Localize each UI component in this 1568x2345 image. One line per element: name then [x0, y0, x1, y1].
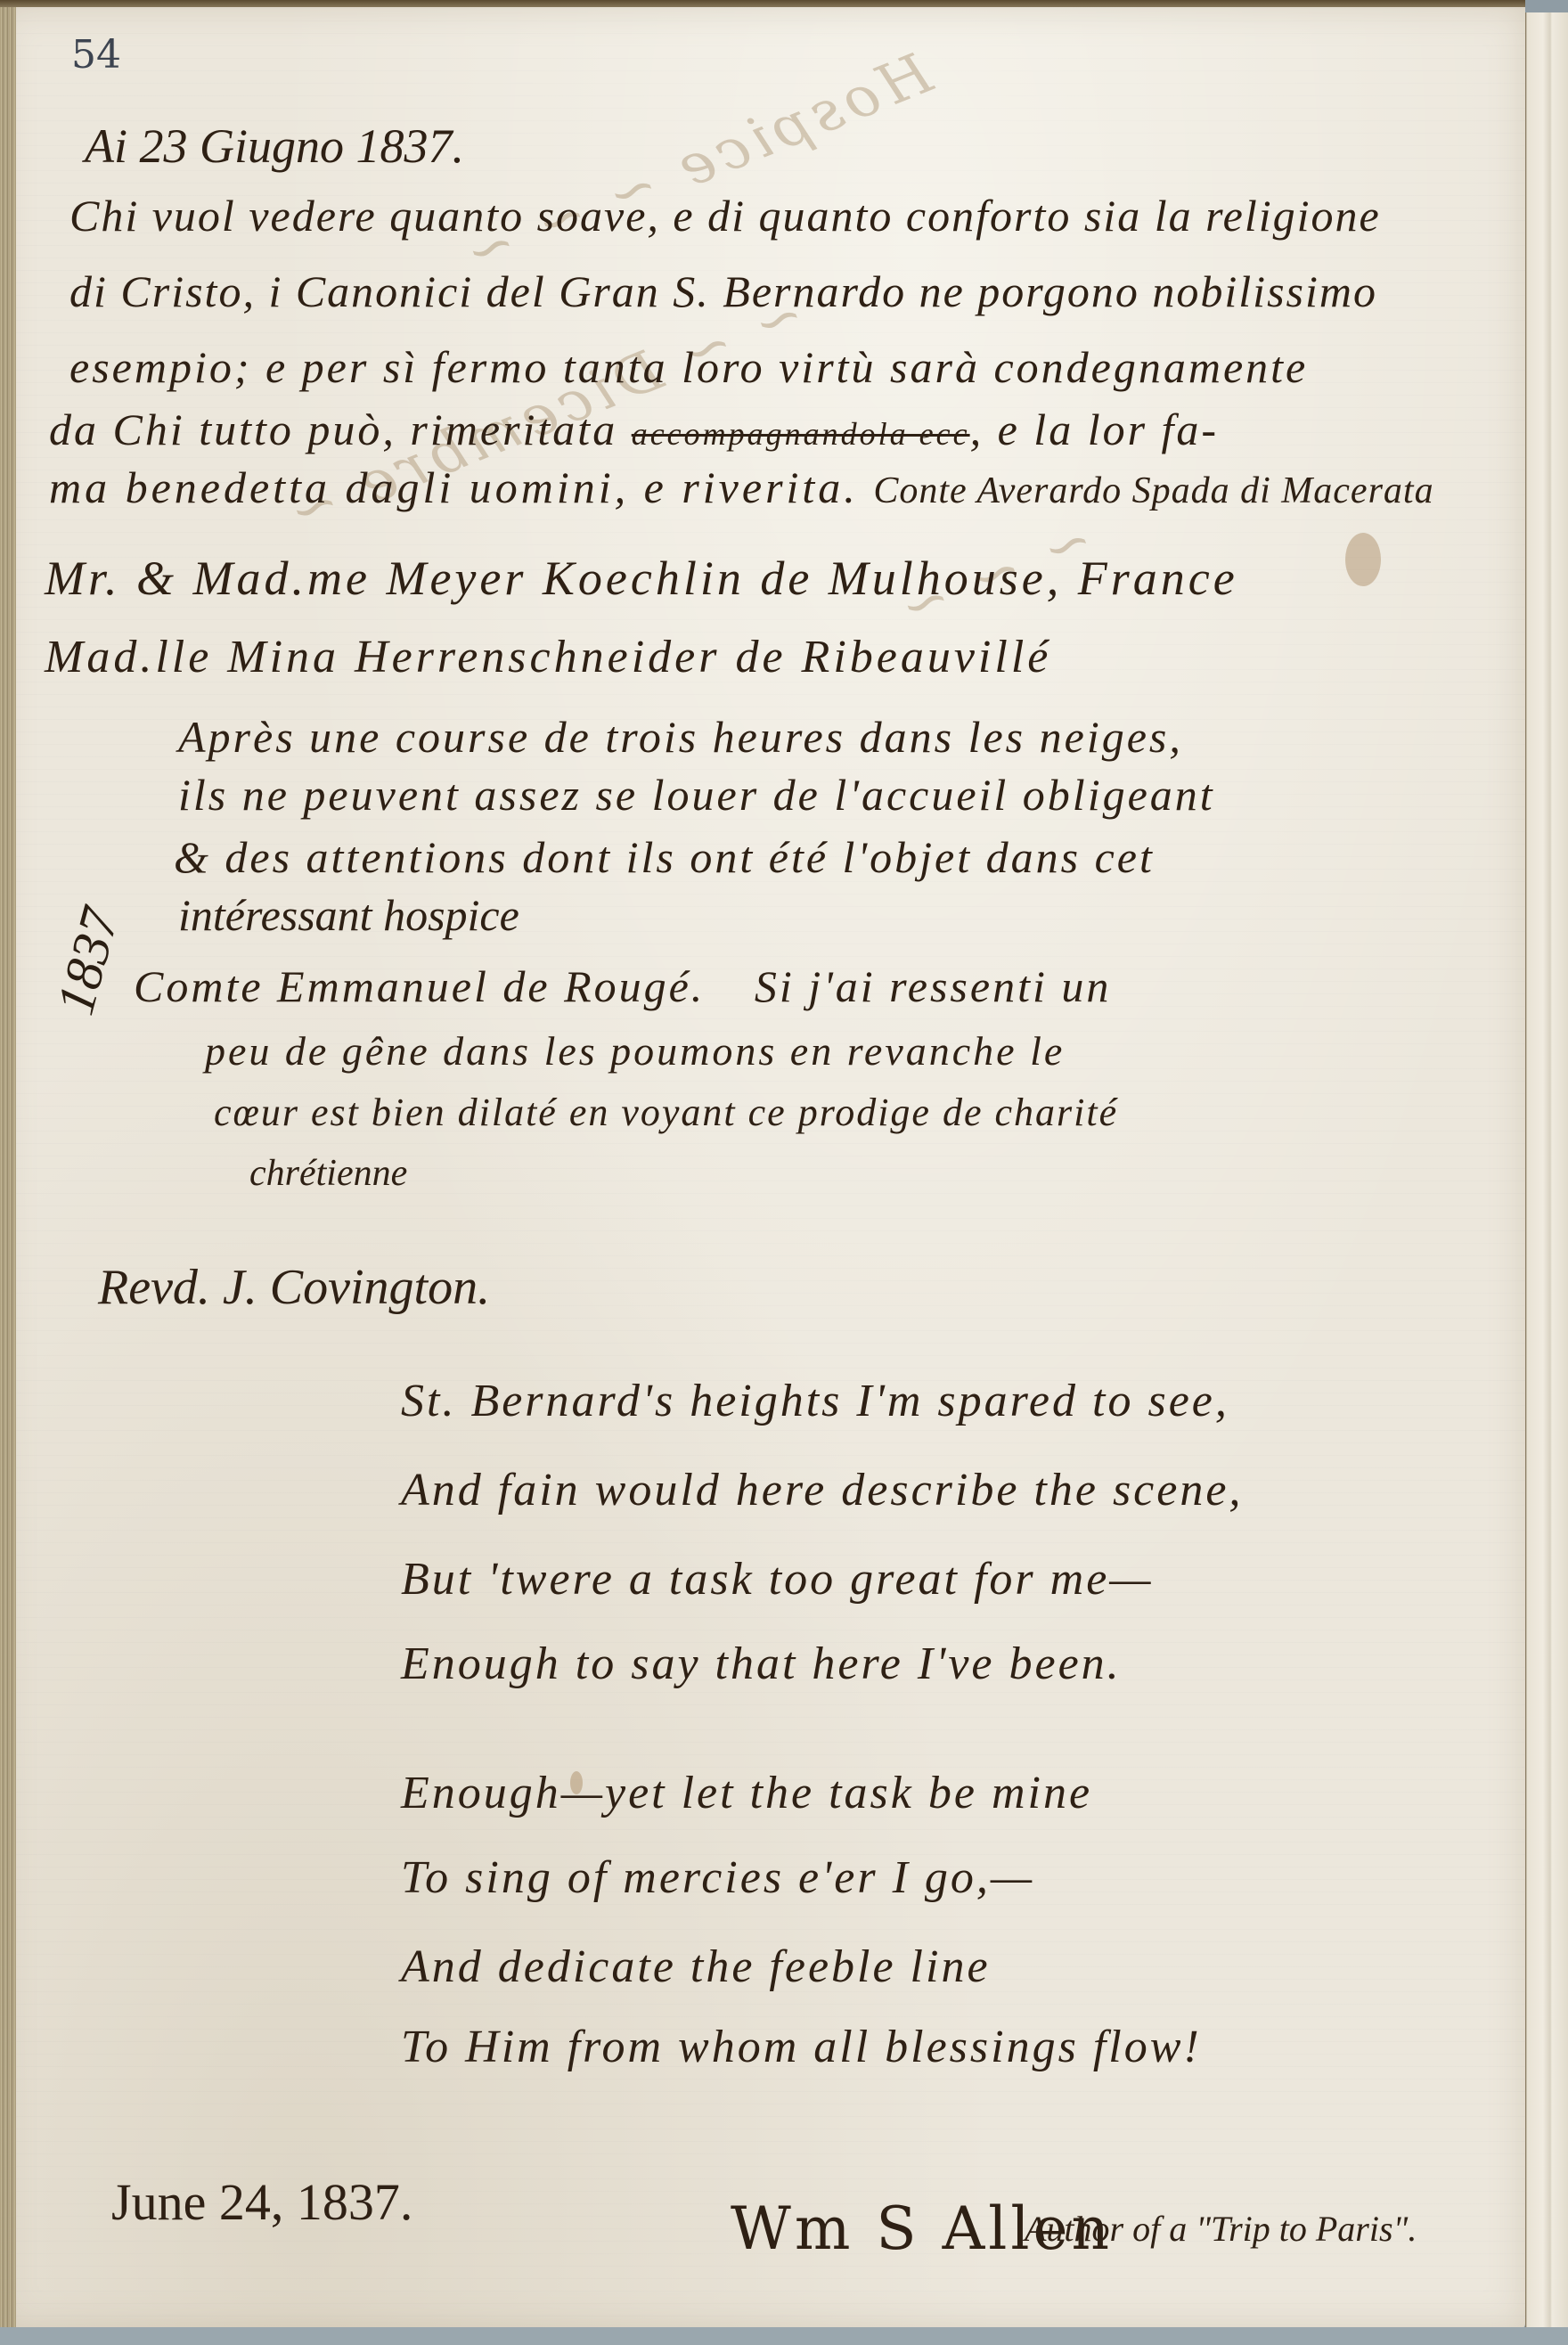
entry-text: Si j'ai ressenti un — [755, 961, 1112, 1011]
poem-line: Enough to say that here I've been. — [401, 1638, 1122, 1690]
entry-date: Ai 23 Giugno 1837. — [85, 118, 464, 174]
entry-text: ma benedetta dagli uomini, e riverita. — [49, 462, 859, 512]
poem-line: Enough—yet let the task be mine — [401, 1767, 1092, 1819]
page-number: 54 — [71, 32, 121, 78]
signature-note: Author of a "Trip to Paris". — [1025, 2208, 1417, 2250]
entry-text-line: peu de gêne dans les poumons en revanche… — [205, 1027, 1065, 1074]
poem-line: But 'twere a task too great for me— — [401, 1553, 1154, 1606]
bleed-through-ink: Hospice ~ ~ ~ — [452, 40, 941, 289]
entry-text-line: ils ne peuvent assez se louer de l'accue… — [178, 769, 1215, 821]
poem-line: To Him from whom all blessings flow! — [401, 2021, 1202, 2073]
entry-date: June 24, 1837. — [111, 2172, 412, 2232]
entry-text-line: intéressant hospice — [178, 889, 519, 941]
entry-text-line: di Cristo, i Canonici del Gran S. Bernar… — [69, 266, 1377, 317]
entry-text-line: ma benedetta dagli uomini, e riverita. C… — [49, 462, 1434, 513]
entry-text-line: Chi vuol vedere quanto soave, e di quant… — [69, 190, 1381, 241]
entry-text: da Chi tutto può, rimeritata — [49, 404, 617, 454]
entry-text: , e la lor fa- — [970, 404, 1219, 454]
entry-text-line: da Chi tutto può, rimeritata accompagnan… — [49, 404, 1219, 455]
struck-out-text: accompagnandola ecc — [632, 416, 970, 452]
entry-text-line: chrétienne — [249, 1152, 407, 1195]
visitor-name: Comte Emmanuel de Rougé. Si j'ai ressent… — [134, 960, 1111, 1012]
entry-text-line: & des attentions dont ils ont été l'obje… — [174, 831, 1155, 883]
manuscript-page: Hospice ~ ~ ~ ~ ~ Dicembre ~ ~ ~ ~ 54 Ai… — [0, 7, 1525, 2329]
visitor-names: Mr. & Mad.me Meyer Koechlin de Mulhouse,… — [45, 551, 1238, 606]
entry-text-line: esempio; e per sì fermo tanta loro virtù… — [69, 341, 1308, 393]
poem-line: And fain would here describe the scene, — [401, 1464, 1243, 1516]
scan-background — [0, 2327, 1568, 2345]
page-fore-edge — [1525, 12, 1568, 2329]
visitor-names: Mad.lle Mina Herrenschneider de Ribeauvi… — [45, 631, 1051, 683]
visitor-name-text: Comte Emmanuel de Rougé. — [134, 961, 705, 1011]
poem-line: St. Bernard's heights I'm spared to see, — [401, 1375, 1229, 1427]
poem-line: And dedicate the feeble line — [401, 1941, 991, 1993]
visitor-name: Revd. J. Covington. — [98, 1259, 490, 1316]
poem-line: To sing of mercies e'er I go,— — [401, 1851, 1034, 1904]
entry-text-line: cœur est bien dilaté en voyant ce prodig… — [214, 1090, 1118, 1135]
signature: Conte Averardo Spada di Macerata — [873, 470, 1433, 511]
margin-annotation: 1837 — [45, 902, 132, 1021]
book-spine-edge — [0, 7, 16, 2329]
ink-stain — [1345, 533, 1381, 586]
entry-text-line: Après une course de trois heures dans le… — [178, 711, 1183, 763]
